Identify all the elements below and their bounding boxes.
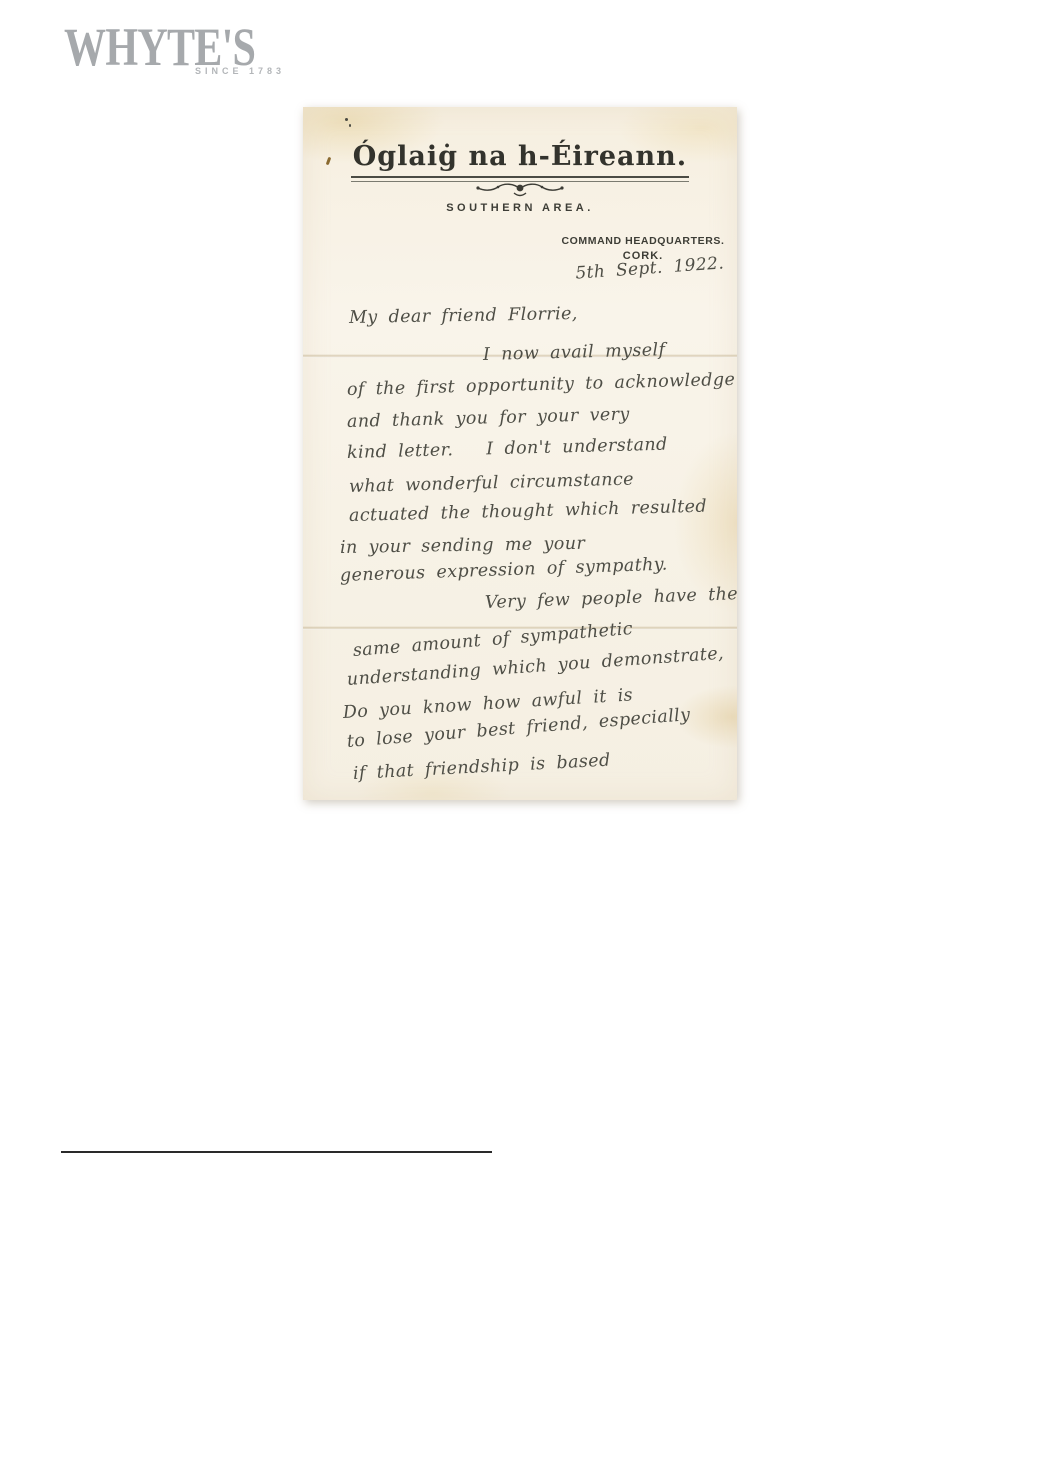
handwritten-line: I now avail myself: [483, 342, 666, 364]
footnote-rule: [61, 1151, 492, 1153]
brand-logo: WHYTE'S SINCE 1783: [64, 22, 304, 84]
handwritten-line: what wonderful circumstance: [349, 472, 634, 497]
brand-tagline: SINCE 1783: [195, 66, 285, 76]
letterhead-hq-block: COMMAND HEADQUARTERS. CORK. 5th Sept. 19…: [557, 235, 729, 283]
paper-speck: [349, 124, 351, 127]
handwritten-line: generous expression of sympathy.: [340, 557, 668, 586]
handwritten-line: and thank you for your very: [347, 407, 630, 432]
handwritten-line: actuated the thought which resulted: [349, 499, 708, 526]
letterhead-title: Óglaiġ na h-Éireann.: [303, 141, 737, 172]
handwritten-line: in your sending me your: [340, 536, 586, 558]
handwritten-line: if that friendship is based: [353, 753, 612, 784]
letter-scan: Óglaiġ na h-Éireann. SOUTHERN AREA. COMM…: [303, 107, 737, 800]
letterhead-area: SOUTHERN AREA.: [303, 202, 737, 214]
scroll-ornament-icon: [472, 181, 568, 204]
handwritten-line: Very few people have the: [485, 586, 737, 612]
brand-name: WHYTE'S: [64, 22, 251, 72]
handwritten-line: kind letter. I don't understand: [347, 437, 668, 463]
handwritten-line: of the first opportunity to acknowledge: [347, 372, 736, 400]
letterhead-hq: COMMAND HEADQUARTERS.: [557, 235, 729, 247]
handwritten-line: My dear friend Florrie,: [349, 306, 578, 327]
paper-speck: [345, 118, 348, 121]
catalogue-page: WHYTE'S SINCE 1783 Óglaiġ na h-Éireann.: [0, 0, 1040, 1471]
